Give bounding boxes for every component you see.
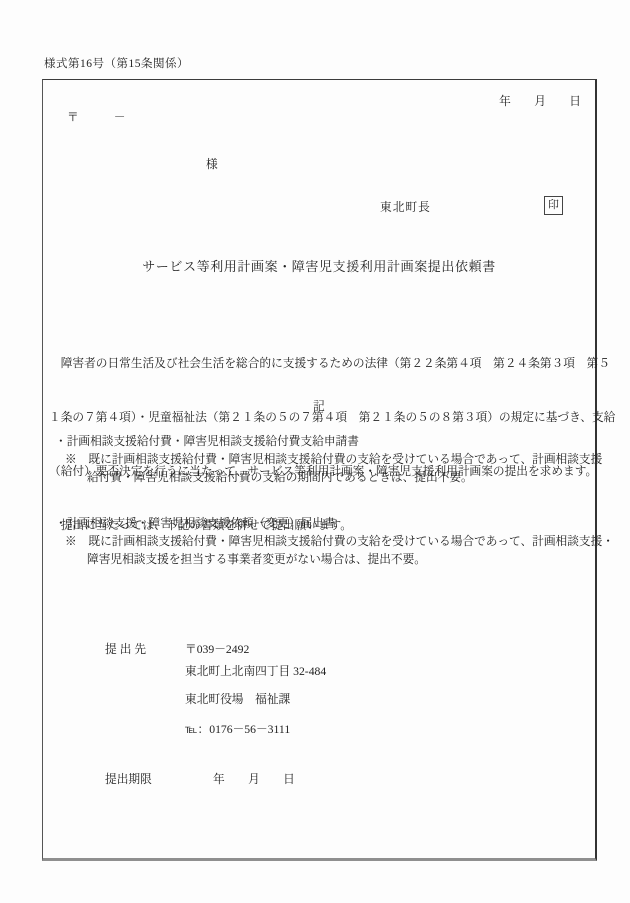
submission-postal-code: 〒039－2492	[185, 641, 249, 659]
sender-title-mayor: 東北町長	[380, 199, 431, 217]
list-item-heading: ・計画相談支援給付費・障害児相談支援給付費支給申請書	[55, 433, 359, 451]
submission-destination-label: 提出先	[105, 641, 149, 659]
submission-telephone: ℡：0176－56－3111	[185, 721, 290, 739]
form-number-label: 様式第16号（第15条関係）	[44, 56, 189, 72]
header-date-blanks: 年 月 日	[499, 93, 581, 111]
addressee-postal-blank: 〒 －	[67, 109, 125, 127]
submission-deadline-label: 提出期限	[105, 771, 152, 789]
list-item-heading: ・計画相談支援・障害児相談支援依頼（変更）届出書	[55, 515, 336, 533]
document-page: 様式第16号（第15条関係） 年 月 日 〒 － 様 東北町長 印 サービス等利…	[0, 0, 630, 903]
seal-mark: 印	[544, 196, 563, 215]
list-item-note: 障害児相談支援を担当する事業者変更がない場合は、提出不要。	[87, 551, 426, 569]
document-title: サービス等利用計画案・障害児支援利用計画案提出依頼書	[43, 258, 595, 276]
list-item-note: ※ 既に計画相談支援給付費・障害児相談支援給付費の支給を受けている場合であって、…	[65, 451, 602, 469]
submission-address: 東北町上北南四丁目 32-484	[185, 663, 326, 681]
list-item-note: ※ 既に計画相談支援給付費・障害児相談支援給付費の支給を受けている場合であって、…	[65, 533, 614, 551]
addressee-suffix-sama: 様	[206, 156, 218, 174]
paragraph-line: 障害者の日常生活及び社会生活を総合的に支援するための法律（第２２条第４項 第２４…	[49, 355, 615, 373]
submission-office-name: 東北町役場 福祉課	[185, 691, 290, 709]
submission-deadline-date-blanks: 年 月 日	[213, 771, 295, 789]
form-border-box: 年 月 日 〒 － 様 東北町長 印 サービス等利用計画案・障害児支援利用計画案…	[42, 79, 597, 861]
list-item-note: 給付費・障害児相談支援給付費の支給の期間内であるときは、提出不要。	[87, 469, 473, 487]
section-marker-ki: 記	[43, 398, 595, 416]
